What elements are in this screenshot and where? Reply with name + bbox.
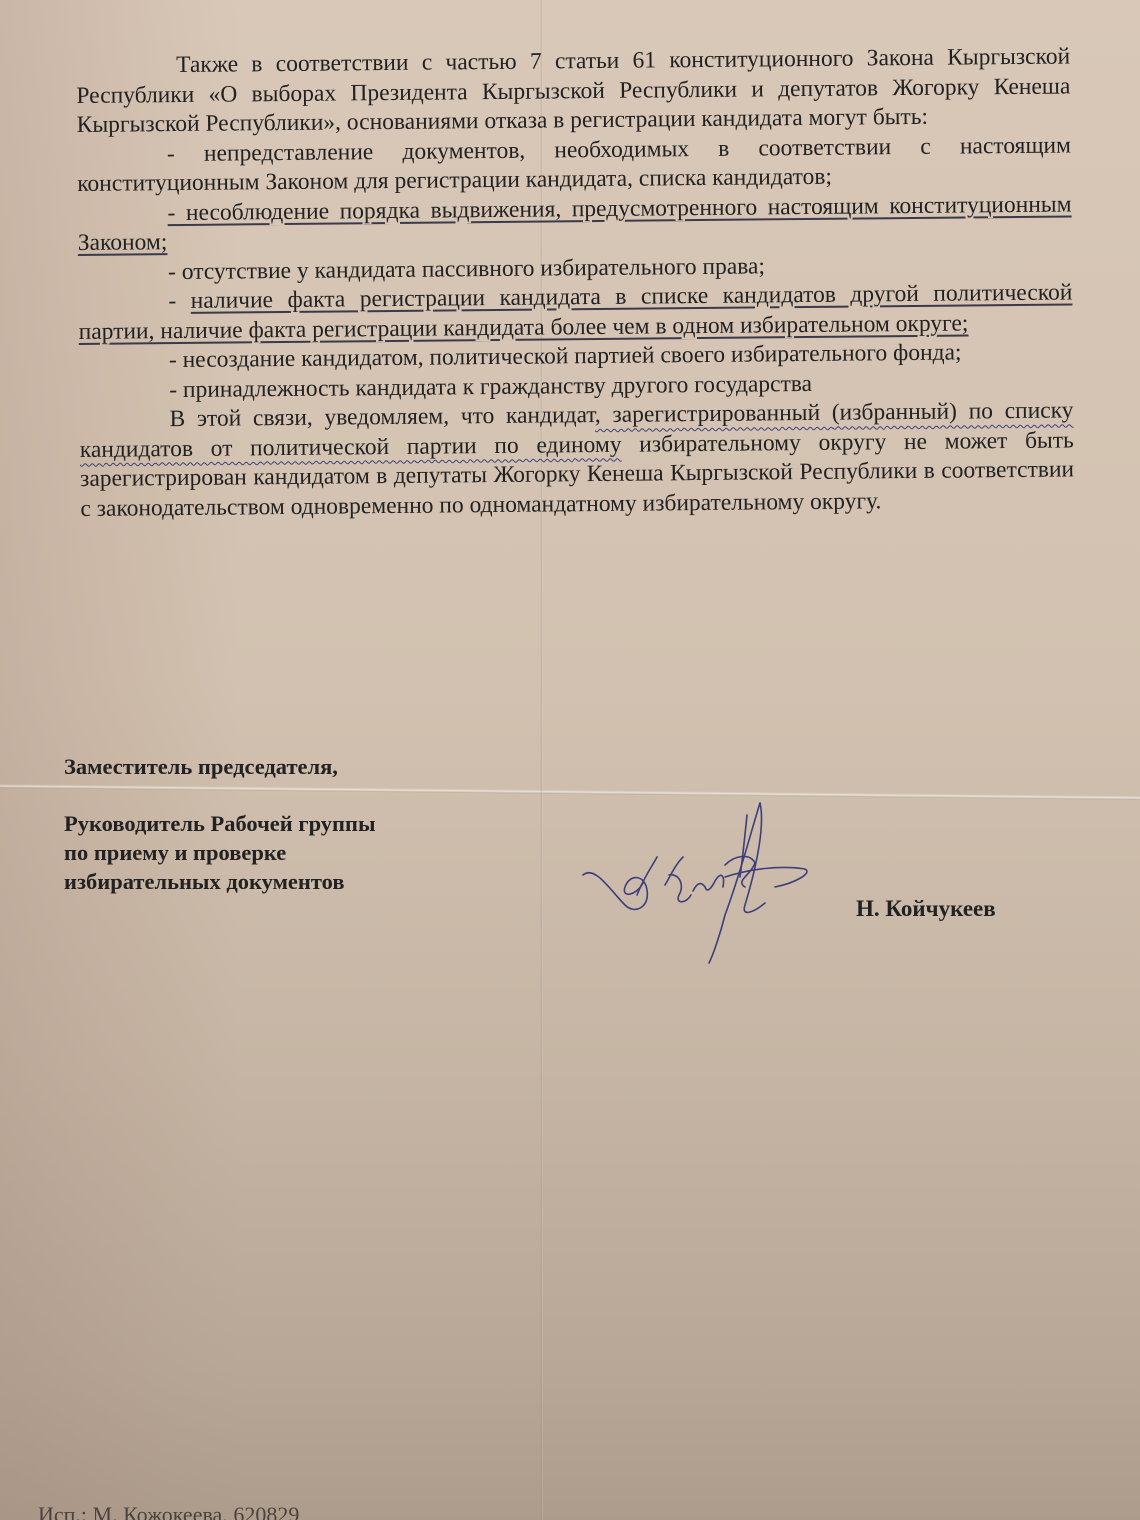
ground-text: отсутствие у кандидата пассивного избира… [182,253,765,285]
signer-name: Н. Койчукеев [856,896,996,922]
ground-item-1: - непредставление документов, необходимы… [77,131,1072,200]
ground-item-4: - наличие факта регистрации кандидата в … [78,278,1073,347]
title-deputy-chair: Заместитель председателя, [64,752,376,781]
document-body: Также в соответствии с частью 7 статьи 6… [76,42,1074,524]
handwritten-signature-icon [575,795,815,970]
conclusion-start: В этой связи, уведомляем, что кандидат [169,402,595,432]
ground-dash: - [168,288,191,314]
intro-paragraph: Также в соответствии с частью 7 статьи 6… [76,42,1071,140]
title-election-documents: избирательных документов [64,867,376,896]
ground-dash: - [169,347,183,373]
ground-dash: - [167,199,186,225]
signatory-titles: Заместитель председателя, Руководитель Р… [64,752,376,896]
ground-dash: - [169,376,183,402]
ground-dash: - [167,140,204,166]
title-reception-verification: по приему и проверке [64,838,376,867]
ground-text-underlined: наличие факта регистрации кандидата в сп… [79,279,1073,344]
ground-item-2: - несоблюдение порядка выдвижения, преду… [77,190,1072,259]
executor-note: Исп.: М. Кожокеева, 620829 [38,1502,299,1520]
title-head-working-group: Руководитель Рабочей группы [64,809,376,838]
conclusion-paragraph: В этой связи, уведомляем, что кандидат, … [79,396,1074,524]
ground-text: принадлежность кандидата к гражданству д… [183,370,812,402]
ground-text-underlined: несоблюдение порядка выдвижения, предусм… [78,191,1072,256]
ground-text: непредставление документов, необходимых … [77,132,1071,197]
ground-dash: - [168,258,182,284]
ground-text: несоздание кандидатом, политической парт… [183,340,962,373]
